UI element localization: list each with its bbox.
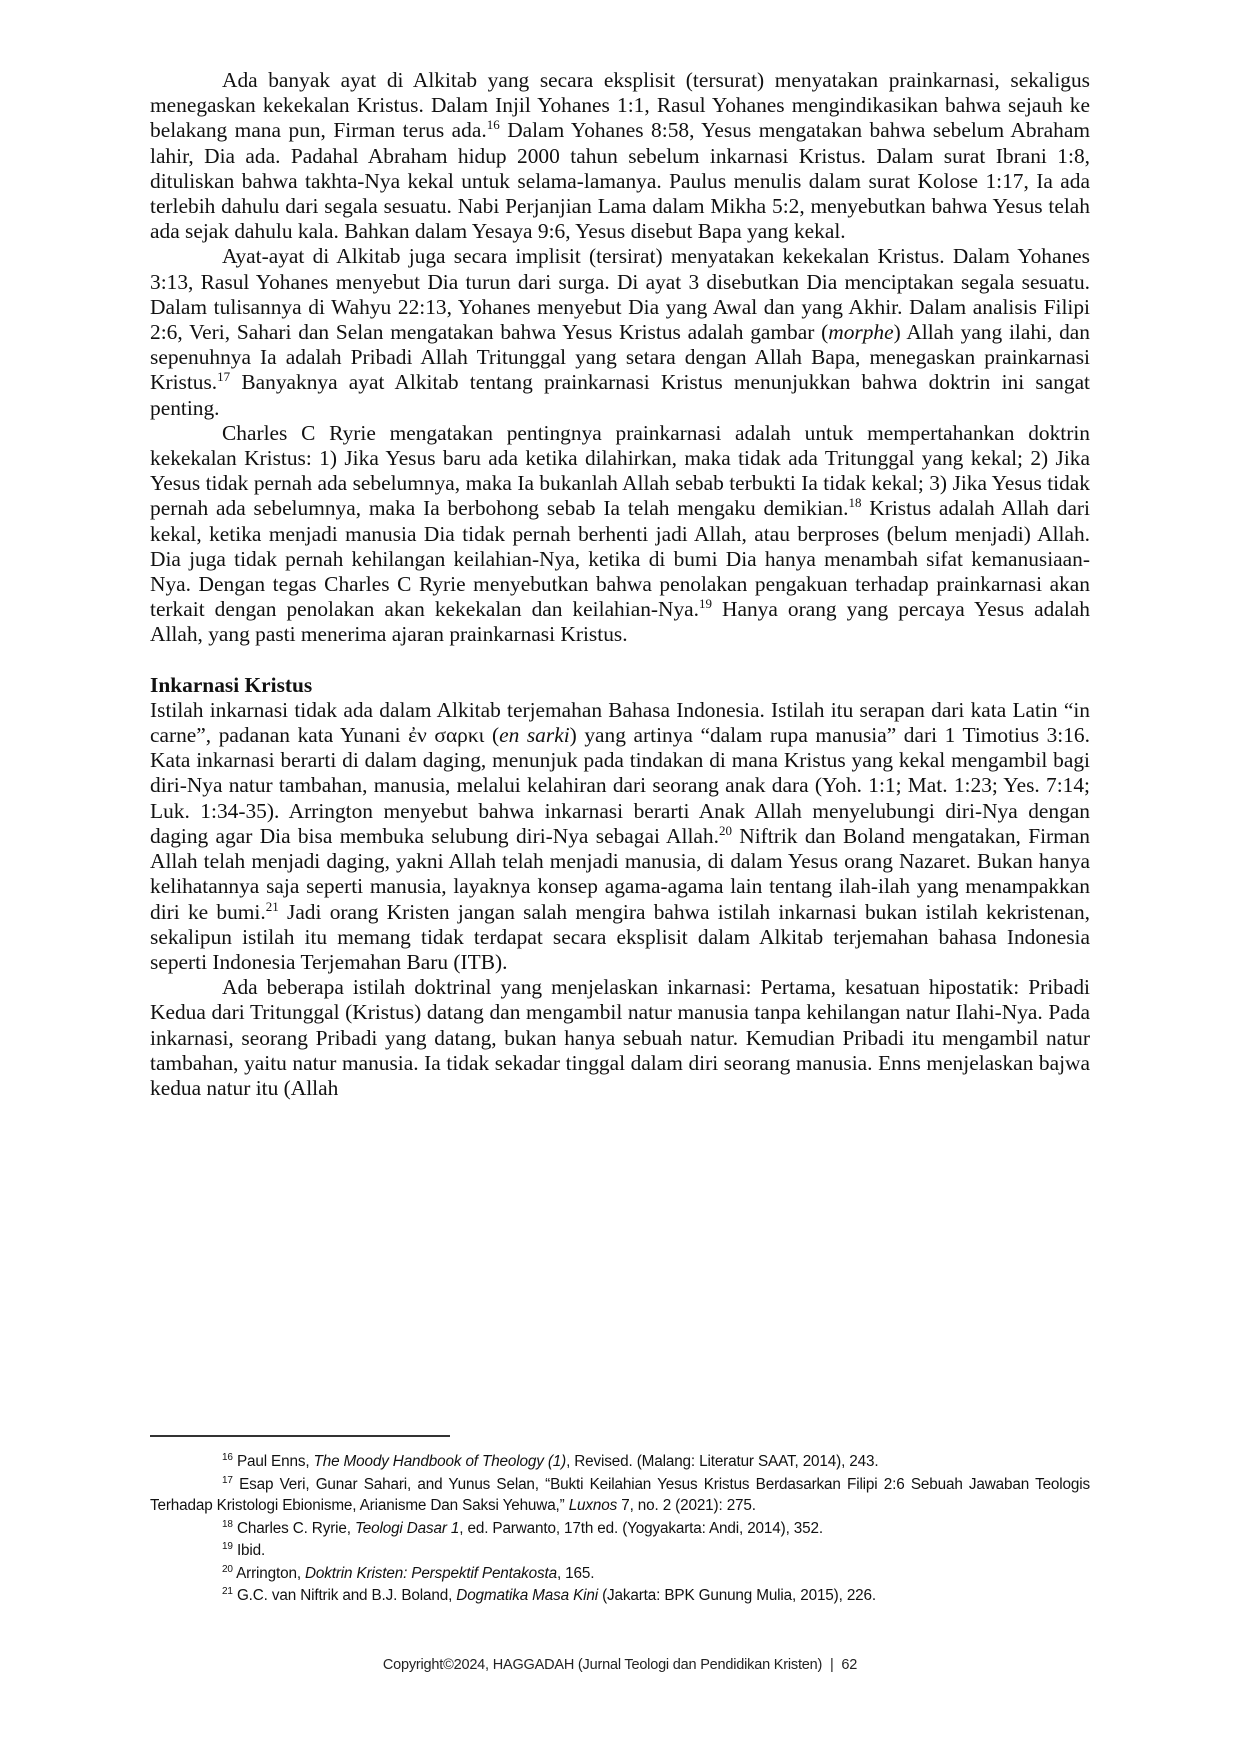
paragraph: Charles C Ryrie mengatakan pentingnya pr…	[150, 421, 1090, 648]
text-run: (Jakarta: BPK Gunung Mulia, 2015), 226.	[598, 1587, 876, 1604]
text-run: Paul Enns,	[237, 1453, 314, 1470]
italic-term: Doktrin Kristen: Perspektif Pentakosta	[305, 1565, 557, 1582]
italic-term: Teologi Dasar 1	[355, 1520, 459, 1537]
footer-separator: |	[826, 1657, 838, 1673]
footnote-ref: 17	[217, 369, 230, 384]
footnotes: 16 Paul Enns, The Moody Handbook of Theo…	[150, 1435, 1090, 1608]
section-heading: Inkarnasi Kristus	[150, 673, 1090, 698]
footnote-19: 19 Ibid.	[150, 1540, 1090, 1562]
footnote-20: 20 Arrington, Doktrin Kristen: Perspekti…	[150, 1563, 1090, 1585]
text-run: 7, no. 2 (2021): 275.	[617, 1497, 756, 1514]
page-footer: Copyright©2024, HAGGADAH (Jurnal Teologi…	[0, 1657, 1240, 1673]
text-run: , ed. Parwanto, 17th ed. (Yogyakarta: An…	[459, 1520, 823, 1537]
footer-copyright: Copyright©2024, HAGGADAH (Jurnal Teologi…	[383, 1657, 822, 1673]
italic-term: Luxnos	[569, 1497, 617, 1514]
footnote-16: 16 Paul Enns, The Moody Handbook of Theo…	[150, 1451, 1090, 1473]
footnote-number: 16	[222, 1452, 233, 1463]
paragraph: Ada banyak ayat di Alkitab yang secara e…	[150, 68, 1090, 244]
text-run: Banyaknya ayat Alkitab tentang prainkarn…	[150, 370, 1090, 419]
footnote-21: 21 G.C. van Niftrik and B.J. Boland, Dog…	[150, 1585, 1090, 1607]
text-run: G.C. van Niftrik and B.J. Boland,	[237, 1587, 456, 1604]
footnote-ref: 20	[719, 823, 732, 838]
italic-term: Dogmatika Masa Kini	[456, 1587, 598, 1604]
text-run: Charles C. Ryrie,	[237, 1520, 355, 1537]
paragraph: Istilah inkarnasi tidak ada dalam Alkita…	[150, 698, 1090, 975]
footnote-number: 19	[222, 1541, 233, 1552]
footnote-ref: 18	[848, 495, 861, 510]
footnote-number: 21	[222, 1586, 233, 1597]
inkarnasi-section: Istilah inkarnasi tidak ada dalam Alkita…	[150, 698, 1090, 1101]
prainkarnasi-section: Ada banyak ayat di Alkitab yang secara e…	[150, 68, 1090, 648]
text-run: , Revised. (Malang: Literatur SAAT, 2014…	[566, 1453, 878, 1470]
page-body: Ada banyak ayat di Alkitab yang secara e…	[150, 68, 1090, 1101]
text-run: , 165.	[557, 1565, 594, 1582]
italic-term: morphe	[828, 320, 893, 344]
footnote-ref: 16	[487, 117, 500, 132]
footnote-number: 18	[222, 1519, 233, 1530]
text-run: Ada beberapa istilah doktrinal yang menj…	[150, 975, 1090, 1100]
footnote-ref: 19	[699, 596, 712, 611]
page-number: 62	[841, 1657, 857, 1673]
footnote-list: 16 Paul Enns, The Moody Handbook of Theo…	[150, 1451, 1090, 1607]
footnote-separator	[150, 1435, 450, 1437]
footnote-number: 17	[222, 1475, 233, 1486]
italic-term: The Moody Handbook of Theology (1)	[314, 1453, 567, 1470]
paragraph: Ada beberapa istilah doktrinal yang menj…	[150, 975, 1090, 1101]
footnote-18: 18 Charles C. Ryrie, Teologi Dasar 1, ed…	[150, 1518, 1090, 1540]
footnote-ref: 21	[266, 899, 279, 914]
text-run: Jadi orang Kristen jangan salah mengira …	[150, 900, 1090, 974]
italic-term: en sarki	[499, 723, 570, 747]
text-run: Ibid.	[237, 1542, 265, 1559]
paragraph: Ayat-ayat di Alkitab juga secara implisi…	[150, 244, 1090, 420]
footnote-number: 20	[222, 1564, 233, 1575]
footnote-17: 17 Esap Veri, Gunar Sahari, and Yunus Se…	[150, 1474, 1090, 1517]
text-run: Arrington,	[236, 1565, 305, 1582]
